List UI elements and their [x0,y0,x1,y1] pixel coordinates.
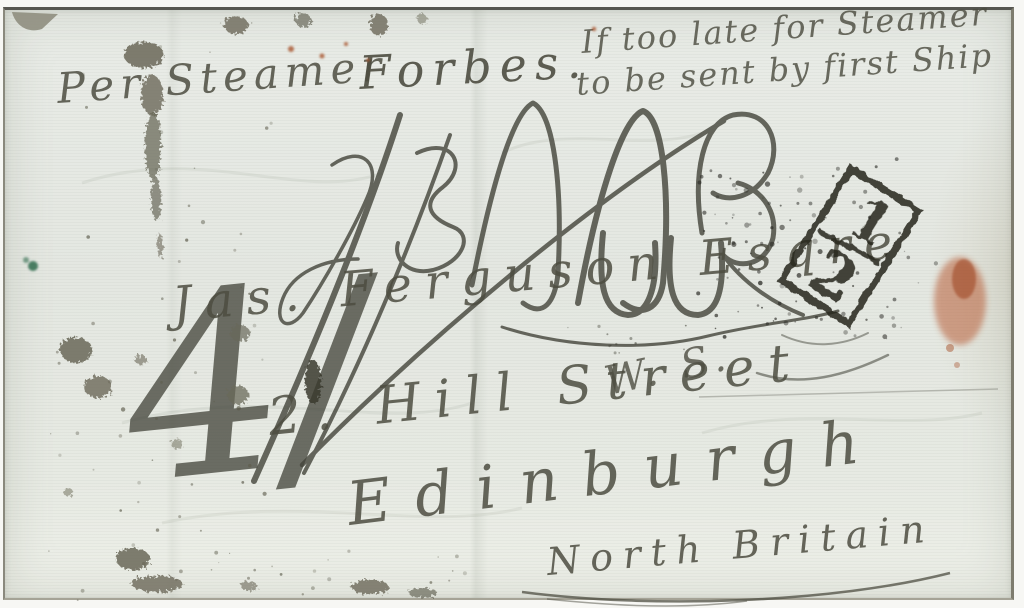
ink-speckle [220,22,221,23]
ink-speckle [448,580,450,582]
ink-speckle [119,434,123,438]
ink-speckle [121,407,125,411]
ink-speckle [119,509,122,512]
ink-speckle [188,205,191,208]
ink-speckle [597,325,600,328]
ink-speckle [194,168,196,170]
ink-speckle [214,551,218,555]
ink-speckle [765,181,770,186]
ink-speckle [879,314,884,319]
ink-speckle [229,553,230,554]
ink-speckle [757,304,760,307]
ink-speckle [898,232,901,235]
routing-carrier: Per Steamer [54,41,389,113]
letter-paper: Per Steamer Forbes. If too late for Stea… [3,7,1014,600]
ink-speckle [86,235,90,239]
ink-speckle [934,261,938,265]
ink-speckle [770,226,773,229]
ink-speckle [780,283,785,288]
ink-speckle [808,244,810,246]
ink-speckle [615,343,617,345]
ink-speckle [757,270,761,274]
ink-speckle [218,562,219,563]
ink-speckle [629,337,632,340]
ink-speckle [715,314,719,318]
ink-speckle [618,352,620,354]
ink-speckle [614,351,617,354]
ink-speckle [797,187,802,192]
scanned-letter-cover: Per Steamer Forbes. If too late for Stea… [0,0,1024,608]
ink-speckle [430,581,433,584]
ink-speckle [85,106,88,109]
ink-speckle [750,253,752,255]
ink-speckle [240,287,242,289]
ink-speckle [875,165,878,168]
ink-speckle [766,322,769,325]
ink-speckle [779,225,784,230]
ink-speckle [81,589,85,593]
ink-speckle [732,241,736,245]
ink-speckle [703,230,705,232]
ink-speckle [789,176,791,178]
ink-speckle [161,297,164,300]
ink-speckle [762,197,764,199]
ink-speckle [696,291,700,295]
ink-speckle [302,593,304,595]
ink-speckle [702,211,706,215]
ink-speckle [156,528,159,531]
ink-speckle [194,371,197,374]
ink-speckle [762,172,764,174]
ink-speckle [685,325,687,327]
ink-speckle [812,239,817,244]
ink-speckle [732,214,735,217]
ink-speckle [437,556,439,558]
ink-speckle [904,251,905,252]
ink-speckle [773,320,775,322]
ink-speckle [634,342,636,344]
ink-speckle [81,73,85,77]
ink-speckle [745,240,748,243]
ink-speckle [718,256,720,258]
ink-speckle [727,277,729,279]
address-country: North Britain [544,506,936,584]
ink-speckle [891,316,895,320]
ink-speckle [200,530,202,532]
ink-speckle [795,300,797,302]
ink-speckle [729,178,731,180]
ink-speckle [280,573,283,576]
ink-speckle [788,312,791,315]
ink-speckle [778,302,782,306]
ink-speckle [76,431,80,435]
ink-speckle [768,202,771,205]
ink-speckle [725,222,728,225]
ink-speckle [209,51,211,53]
ink-speckle [789,219,791,221]
ink-speckle [735,188,738,191]
ink-speckle [233,249,236,252]
ink-speckle [732,217,734,219]
ink-speckle [716,278,719,281]
ink-speckle [804,247,806,249]
ink-speckle [155,417,158,420]
ink-speckle [311,586,315,590]
ink-speckle [251,22,252,23]
ink-speckle [732,183,736,187]
ink-speckle [833,271,835,273]
ink-speckle [253,569,256,572]
ink-speckle [178,260,181,263]
ink-speckle [237,406,241,410]
ink-speckle [782,271,783,272]
ink-speckle [261,359,263,361]
address-recipient: Jas. Ferguson Esqre [161,213,907,334]
ink-speckle [907,256,911,260]
ink-speckle [865,319,867,321]
ink-speckle [825,217,827,219]
ink-speckle [160,381,163,384]
ink-speckle [463,571,467,575]
ink-speckle [841,312,845,316]
ink-speckle [271,566,273,568]
ink-speckle [812,213,816,217]
ink-speckle [843,330,848,335]
ink-speckle [832,175,835,178]
ink-speckle [918,282,920,284]
ink-speckle [737,311,739,313]
ink-speckle [892,324,896,328]
ink-speckle [895,157,899,161]
ink-speckle [715,328,717,330]
ink-speckle [714,214,716,216]
ink-speckle [137,481,141,485]
ink-speckle [50,433,51,434]
ink-speckle [265,126,268,129]
ink-speckle [760,242,763,245]
ink-speckle [780,205,782,207]
ink-speckle [455,555,459,559]
ink-speckle [56,351,59,354]
ink-speckle [567,327,568,328]
ink-speckle [820,318,823,321]
ink-speckle [852,201,856,205]
ink-speckle [863,190,867,194]
ink-speckle [886,306,888,308]
ink-speckle [253,324,257,328]
ink-speckle [178,515,181,518]
ink-speckle [327,559,328,560]
ink-speckle [48,550,49,551]
ink-speckle [761,307,763,309]
ink-speckle [241,481,244,484]
ink-speckle [758,212,762,216]
ink-speckle [785,286,787,288]
ink-speckle [263,492,267,496]
ink-speckle [710,169,713,172]
ink-speckle [58,454,61,457]
paper-corner-curl [12,12,58,30]
ink-speckle [327,577,331,581]
ink-speckle [797,273,802,278]
ink-speckle [774,318,777,321]
ink-speckle [248,293,250,295]
ink-speckle [179,570,183,574]
ink-speckle [877,265,879,267]
ink-speckle [744,188,749,193]
ink-speckle [777,241,779,243]
ink-speckle [716,195,720,199]
ink-speckle [770,242,775,247]
ink-speckle [240,233,243,236]
ink-speckle [58,362,61,365]
ink-speckle [854,334,857,337]
ink-speckle [744,223,749,228]
ink-speckle [700,175,704,179]
ink-speckle [313,569,316,572]
ink-speckle [749,223,752,226]
ink-speckle [173,338,176,341]
ink-speckle [836,167,840,171]
ink-speckle [784,321,789,326]
red-stain [934,257,986,368]
ink-speckle [347,550,350,553]
ink-speckle [201,220,205,224]
ink-speckle [247,577,250,580]
ink-speckle [718,174,722,178]
ink-speckle [796,202,799,205]
ink-speckle [809,202,813,206]
ink-speckle [882,334,887,339]
ink-speckle [93,469,95,471]
ink-speckle [738,268,741,271]
ink-speckle [818,249,823,254]
green-fleck [23,257,38,271]
ink-speckle [137,501,139,503]
ink-speckle [794,321,796,323]
ink-speckle [152,459,154,461]
ink-speckle [723,335,727,339]
ink-speckle [185,239,188,242]
ink-speckle [856,271,860,275]
ink-speckle [606,333,608,335]
ink-speckle [248,464,251,467]
ink-speckle [452,570,454,572]
routing-ship-name: Forbes. [357,34,590,100]
ink-speckle [852,285,854,287]
ink-speckle [859,205,863,209]
ink-speckle [610,345,612,347]
ink-speckle [683,349,685,351]
ink-speckle [191,483,194,486]
ink-speckle [91,322,95,326]
ink-speckle [698,181,702,185]
ink-speckle [868,216,871,219]
ink-speckle [815,316,818,319]
ink-speckle [800,175,804,179]
ink-speckle [213,401,214,402]
ink-speckle [77,599,79,601]
ink-layer: Per Steamer Forbes. If too late for Stea… [2,3,1024,608]
ink-speckle [758,281,763,286]
ink-speckle [132,543,136,547]
ink-speckle [270,122,273,125]
ink-speckle [211,569,213,571]
ink-speckle [900,327,902,329]
ink-speckle [893,298,897,302]
